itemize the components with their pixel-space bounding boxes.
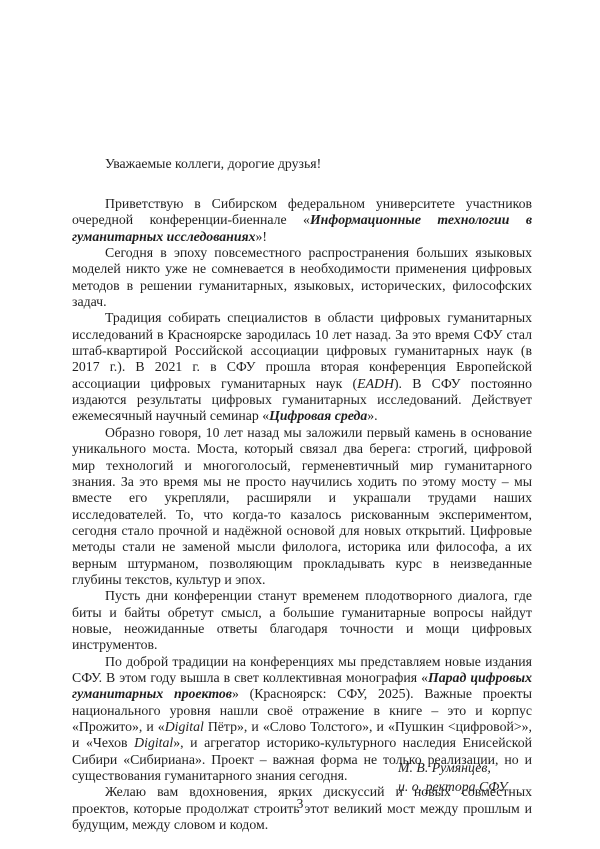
- paragraph: Сегодня в эпоху повсеместного распростра…: [72, 245, 532, 310]
- text-segment: »!: [256, 229, 268, 244]
- text-segment: EADH: [357, 376, 394, 391]
- text-segment: Digital: [134, 735, 173, 750]
- paragraph: Приветствую в Сибирском федеральном унив…: [72, 196, 532, 245]
- page-number: 3: [0, 796, 600, 812]
- text-segment: Пусть дни конференции станут временем пл…: [72, 588, 532, 652]
- text-segment: Цифровая среда: [269, 408, 367, 423]
- text-segment: Образно говоря, 10 лет назад мы заложили…: [72, 425, 532, 587]
- text-segment: Digital: [165, 719, 204, 734]
- salutation: Уважаемые коллеги, дорогие друзья!: [72, 156, 532, 172]
- paragraph: Пусть дни конференции станут временем пл…: [72, 588, 532, 653]
- text-segment: Сегодня в эпоху повсеместного распростра…: [72, 245, 532, 309]
- paragraph: Образно говоря, 10 лет назад мы заложили…: [72, 425, 532, 588]
- document-page: Уважаемые коллеги, дорогие друзья! Приве…: [0, 0, 600, 849]
- signature-block: М. В. Румянцев, и. о. ректора СФУ: [398, 759, 508, 796]
- paragraph: Традиция собирать специалистов в области…: [72, 310, 532, 424]
- text-segment: ».: [367, 408, 377, 423]
- signature-title: и. о. ректора СФУ: [398, 778, 508, 797]
- signature-name: М. В. Румянцев,: [398, 759, 508, 778]
- letter-body: Приветствую в Сибирском федеральном унив…: [72, 196, 532, 833]
